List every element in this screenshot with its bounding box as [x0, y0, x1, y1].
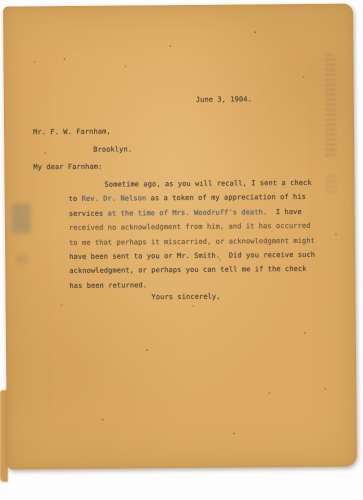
scan-background: June 3, 1904. Mr. F. W. Farnham, Brookly…: [0, 0, 363, 500]
recipient-city: Brooklyn.: [93, 145, 132, 153]
paper-grain-specks: [3, 7, 5, 9]
body-line: to me that perhaps it miscarried, or ack…: [69, 233, 315, 250]
letter-body: Sometime ago, as you will recall, I sent…: [68, 176, 315, 293]
ink-bleedthrough-strip-small: [325, 176, 336, 196]
body-line: acknowledgment, or perhaps you can tell …: [69, 262, 315, 279]
recipient-name: Mr. F. W. Farnham,: [33, 128, 111, 137]
body-segment: acknowledgment, or perhaps you can tell …: [69, 265, 306, 275]
salutation: My dear Farnham:: [33, 163, 102, 172]
body-segment: have been sent to you or Mr. Smith. Did …: [69, 251, 315, 261]
body-segment: services: [69, 209, 108, 217]
body-segment: Sometime ago, as you will recall, I sent…: [105, 179, 312, 189]
body-line: has been returned.: [69, 277, 315, 294]
body-segment: to me that perhaps it miscarried, or ack…: [69, 236, 315, 246]
ink-bleedthrough-strip: [324, 54, 336, 158]
body-segment: at the time of Mrs. Woodruff's death.: [108, 208, 268, 217]
letter-paper: June 3, 1904. Mr. F. W. Farnham, Brookly…: [3, 3, 357, 469]
closing: Yours sincerely,: [151, 293, 220, 302]
margin-smudge: [12, 203, 31, 233]
letter-date: June 3, 1904.: [196, 95, 252, 103]
body-segment: received no acknowledgment from him, and…: [69, 222, 311, 232]
body-segment: as a token of my appreciation of his: [146, 193, 306, 202]
body-segment: has been returned.: [69, 281, 147, 290]
body-segment: I have: [267, 208, 302, 216]
margin-smudge-small: [16, 254, 28, 263]
body-segment: Rev. Dr. Nelson: [82, 195, 147, 204]
body-segment: to: [69, 195, 82, 203]
